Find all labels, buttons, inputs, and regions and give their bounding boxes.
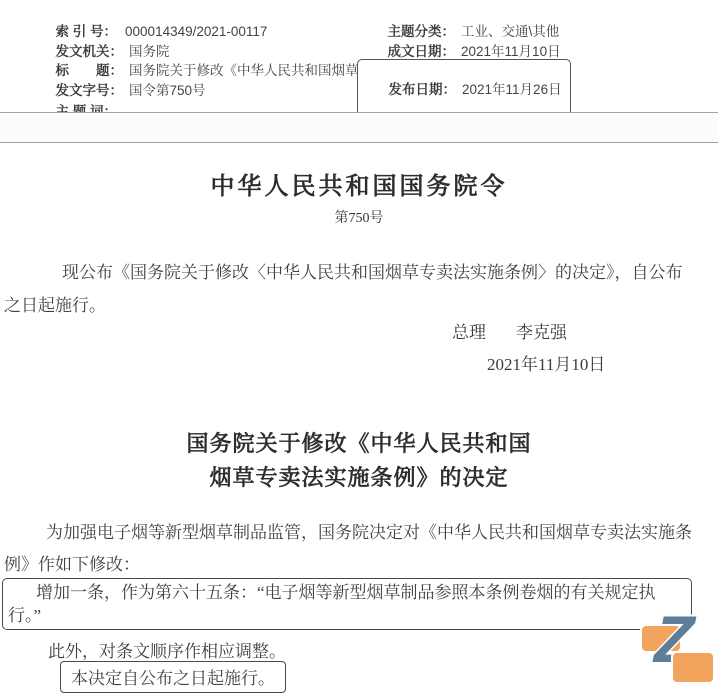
sign-date: 2021年11月10日	[487, 350, 605, 375]
effective-note: 本决定自公布之日起施行。	[71, 669, 275, 688]
document-page: 索 引 号：000014349/2021-00117 主题分类：工业、交通\其他…	[0, 0, 718, 693]
decision-intro: 为加强电子烟等新型烟草制品监管，国务院决定对《中华人民共和国烟草专卖法实施条例》…	[4, 517, 696, 581]
field-publish-date-highlighted: 发布日期：2021年11月26日	[357, 59, 571, 118]
field-value: 2021年11月26日	[462, 82, 562, 97]
field-value: 国令第750号	[129, 83, 206, 98]
signer-role: 总理	[452, 323, 486, 342]
effective-date-highlight-box: 本决定自公布之日起施行。	[60, 661, 286, 693]
logo-orange-square-bottom-right-icon	[671, 651, 715, 684]
metadata-panel: 索 引 号：000014349/2021-00117 主题分类：工业、交通\其他…	[0, 0, 718, 112]
signer-name: 李克强	[516, 323, 567, 342]
decree-number: 第750号	[0, 207, 718, 227]
field-label: 发布日期：	[389, 82, 457, 97]
decree-title: 中华人民共和国国务院令	[0, 166, 718, 201]
adjustment-note: 此外，对条文顺序作相应调整。	[48, 637, 286, 662]
decision-title-line1: 国务院关于修改《中华人民共和国	[0, 427, 718, 461]
decree-announcement: 现公布《国务院关于修改〈中华人民共和国烟草专卖法实施条例〉的决定》，自公布之日起…	[4, 256, 694, 322]
decision-title: 国务院关于修改《中华人民共和国 烟草专卖法实施条例》的决定	[0, 427, 718, 495]
amendment-highlight-box: 增加一条，作为第六十五条：“电子烟等新型烟草制品参照本条例卷烟的有关规定执行。”	[2, 578, 692, 630]
signature-line: 总理李克强	[452, 318, 567, 343]
separator-band	[0, 112, 718, 143]
site-watermark-logo: Z	[638, 614, 718, 693]
decision-title-line2: 烟草专卖法实施条例》的决定	[0, 461, 718, 495]
amendment-text: 增加一条，作为第六十五条：“电子烟等新型烟草制品参照本条例卷烟的有关规定执行。”	[8, 581, 686, 627]
